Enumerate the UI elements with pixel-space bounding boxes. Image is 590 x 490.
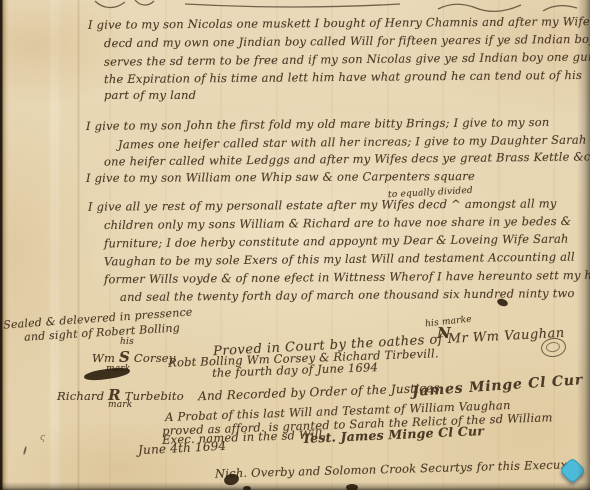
ink-blot <box>23 446 27 455</box>
paper-edge-right <box>577 0 590 490</box>
will-line: children only my sons William & Richard … <box>104 214 571 232</box>
witness-mark-caption: mark <box>108 400 132 410</box>
witness-name-last: Turbebito <box>125 389 184 403</box>
margin-squiggle: ς <box>40 433 45 443</box>
ink-smear <box>84 366 131 382</box>
will-line: I give to my son John the first fold my … <box>86 115 550 133</box>
will-line: part of my land <box>104 88 196 102</box>
will-line: James one heifer called star with all he… <box>118 133 587 152</box>
will-line: furniture; I doe herby constitute and ap… <box>104 232 569 251</box>
will-line: decd and my own one Jindian boy called W… <box>104 32 590 50</box>
pen-flourish-top <box>0 0 590 16</box>
witness-signature: Wm S Corsey <box>92 348 176 366</box>
paper-edge-left <box>0 0 9 490</box>
court-recorded-line: And Recorded by Order of the Justices <box>198 381 440 403</box>
will-line: Vaughan to be my sole Exers of this my l… <box>104 250 575 269</box>
witness-mark-caption: his <box>120 337 134 347</box>
will-line: one heifer called white Ledggs and after… <box>104 149 590 168</box>
will-line: I give to my son Nicolas one muskett I b… <box>88 14 590 32</box>
will-line: I give to my son William one Whip saw & … <box>86 169 475 185</box>
probate-date: June 4th 1694 <box>138 439 227 458</box>
paper-edge-bottom <box>0 482 590 490</box>
clerk-signature: James Minge Cl Cur <box>412 372 584 400</box>
will-line: former Wills voyde & of none efect in Wi… <box>104 268 590 286</box>
probate-security-line: Nich. Overby and Solomon Crook Securtys … <box>215 457 571 480</box>
witness-name-first: Richard <box>57 389 104 403</box>
will-line: the Expiration of his time and lett him … <box>104 68 582 86</box>
witness-name-first: Wm <box>92 351 115 365</box>
manuscript-page: I give to my son Nicolas one muskett I b… <box>0 0 590 490</box>
will-line: serves the sd term to be free and if my … <box>104 49 590 68</box>
will-line: I give all ye rest of my personall estat… <box>88 196 557 213</box>
